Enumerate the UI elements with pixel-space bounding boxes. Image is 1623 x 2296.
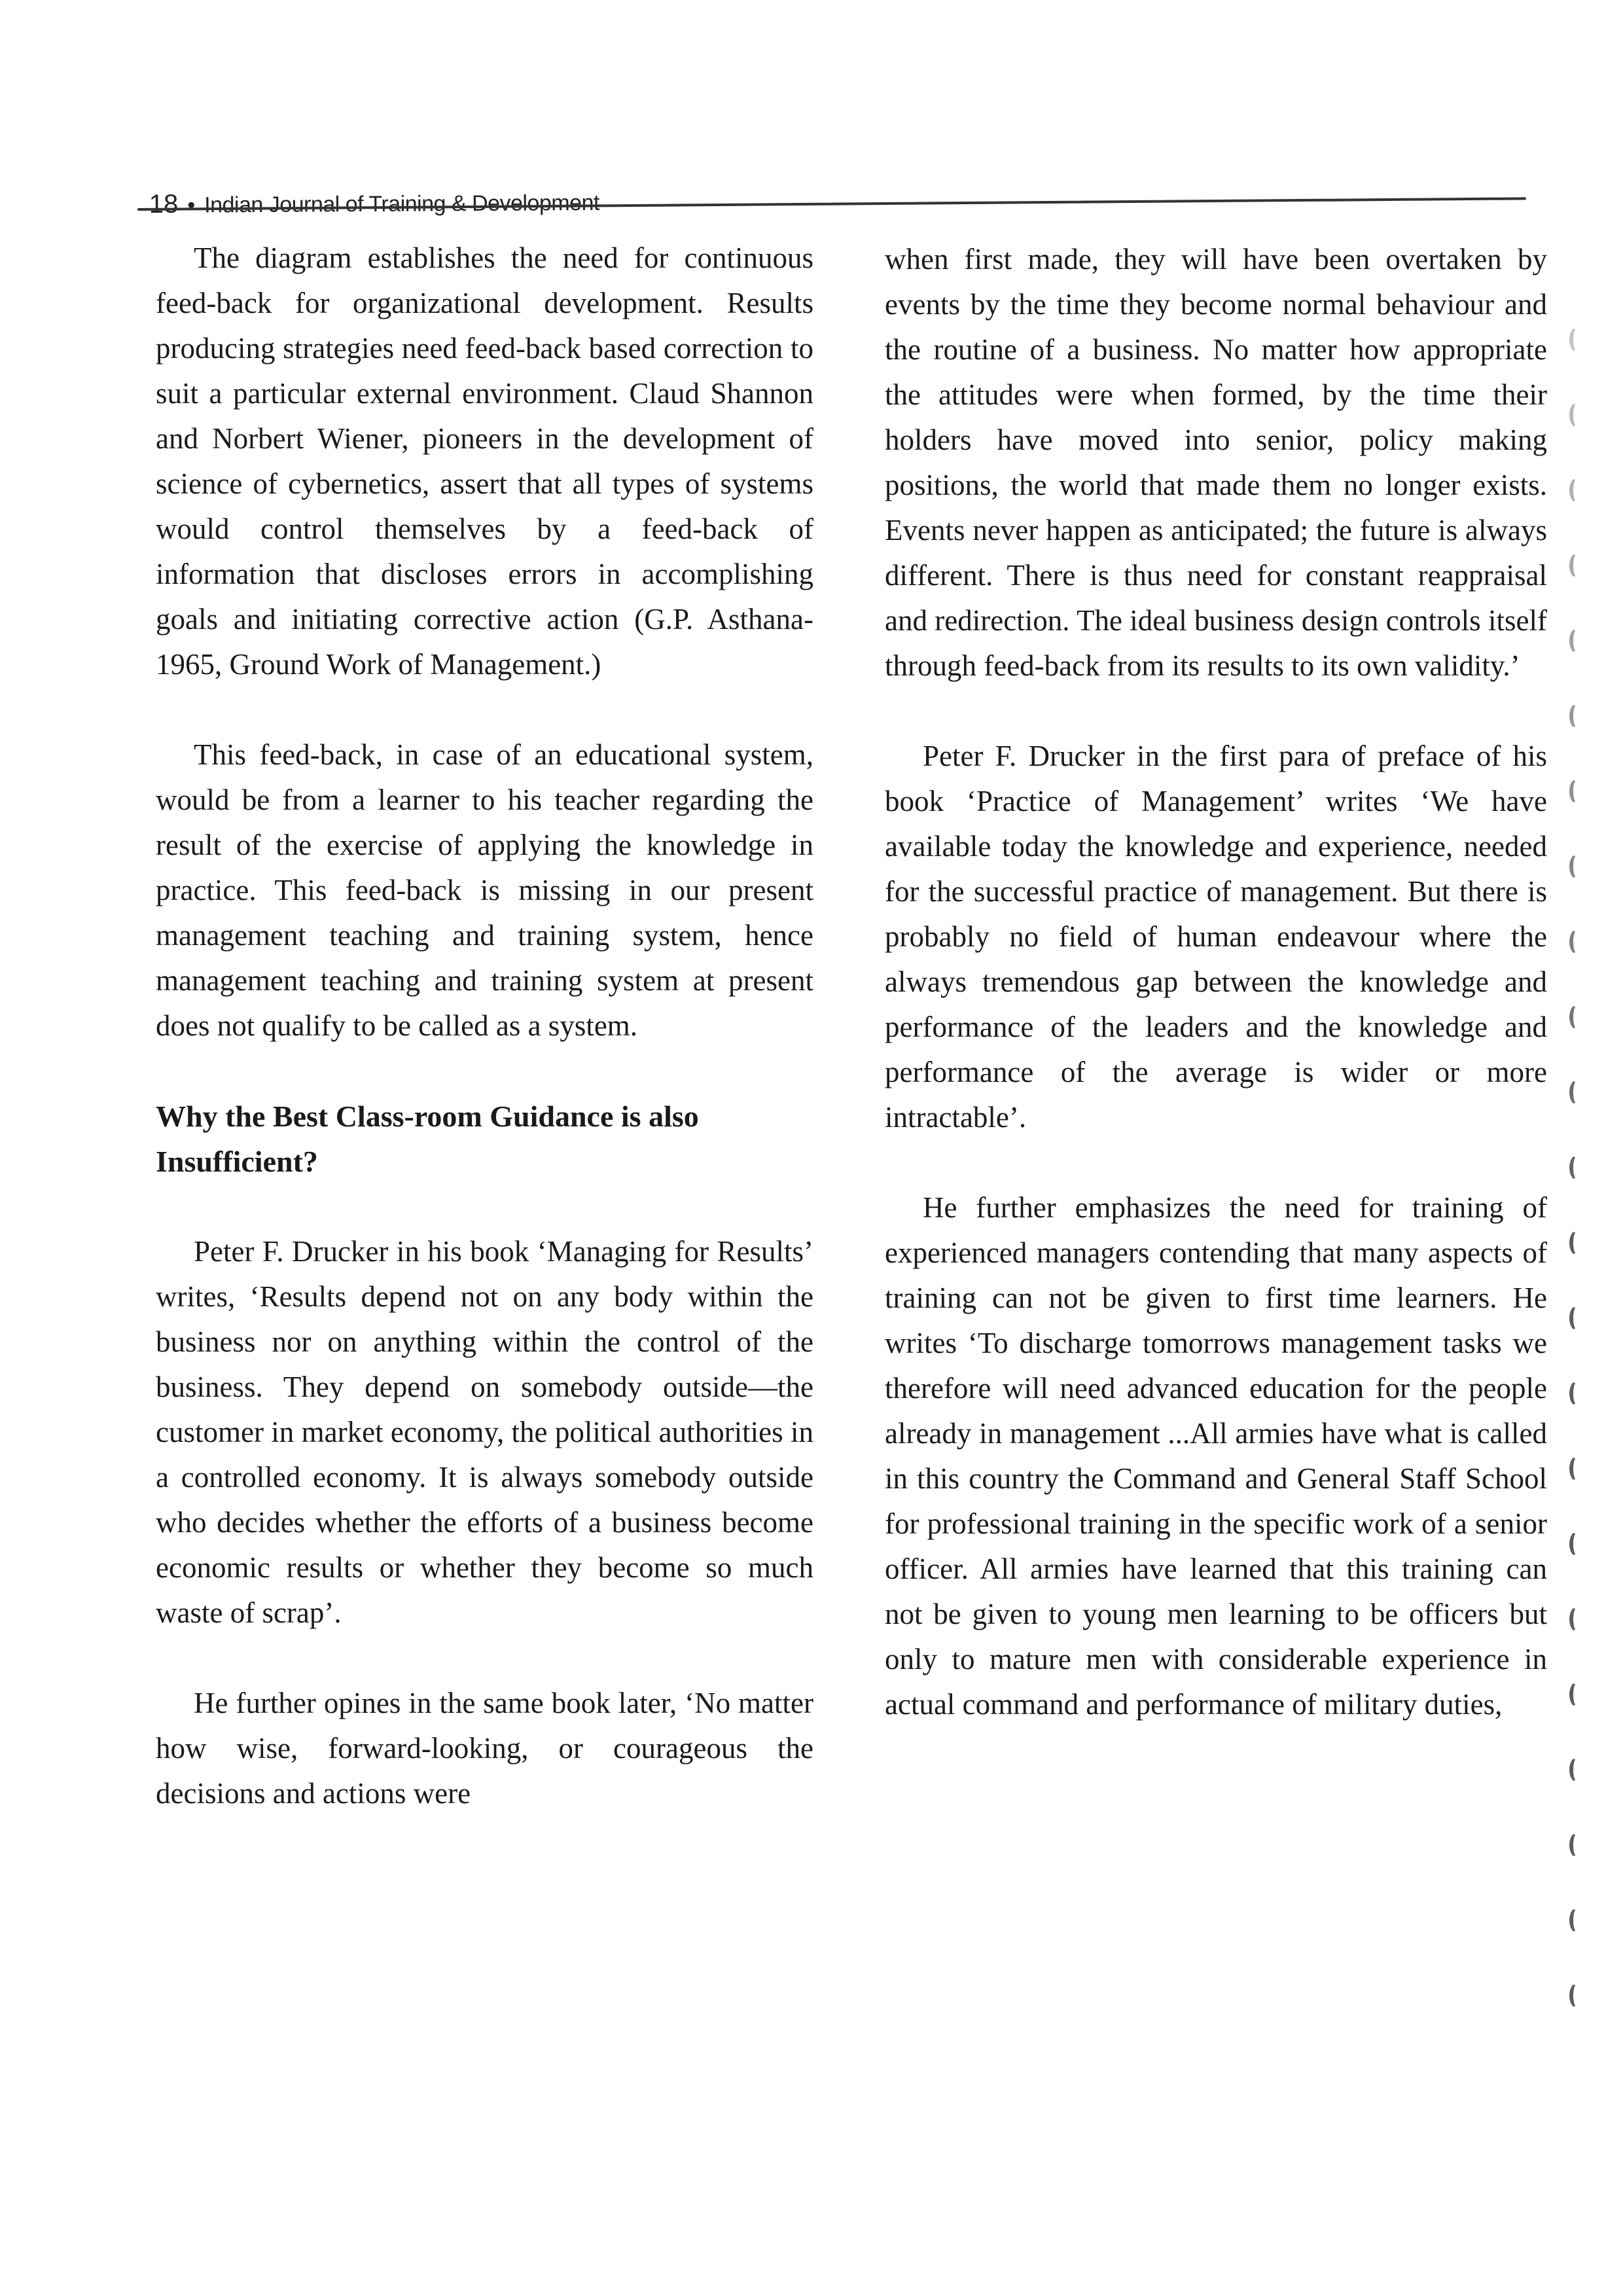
binding-mark-icon (1569, 854, 1584, 879)
binding-mark-icon (1569, 779, 1584, 804)
right-column: when first made, they will have been ove… (885, 237, 1547, 1727)
binding-mark-icon (1569, 478, 1584, 503)
left-column: The diagram establishes the need for con… (156, 236, 813, 1816)
paragraph-drucker-further-opines: He further opines in the same book later… (156, 1681, 813, 1816)
paragraph-educational-feedback: This feed-back, in case of an educationa… (156, 732, 813, 1049)
binding-mark-icon (1569, 1381, 1584, 1406)
binding-mark-icon (1569, 1080, 1584, 1105)
binding-mark-icon (1569, 1757, 1584, 1782)
binding-mark-icon (1569, 1306, 1584, 1331)
bullet-icon: • (187, 193, 195, 219)
binding-mark-icon (1569, 1456, 1584, 1481)
binding-mark-icon (1569, 1005, 1584, 1030)
binding-mark-icon (1569, 1908, 1584, 1933)
binding-mark-icon (1569, 704, 1584, 728)
paragraph-practice-of-management: Peter F. Drucker in the first para of pr… (885, 734, 1547, 1140)
binding-mark-icon (1569, 929, 1584, 954)
binding-mark-icon (1569, 1532, 1584, 1556)
binding-mark-icon (1569, 628, 1584, 653)
page-number: 18 (149, 190, 179, 219)
binding-hole-marks (1569, 327, 1589, 2094)
binding-mark-icon (1569, 1230, 1584, 1255)
binding-mark-icon (1569, 403, 1584, 427)
binding-mark-icon (1569, 327, 1584, 352)
section-heading: Why the Best Class-room Guidance is also… (156, 1094, 813, 1184)
paragraph-drucker-managing-for-results: Peter F. Drucker in his book ‘Managing f… (156, 1229, 813, 1636)
binding-mark-icon (1569, 1682, 1584, 1707)
paragraph-feedback-diagram: The diagram establishes the need for con… (156, 236, 813, 687)
paragraph-training-experienced-managers: He further emphasizes the need for train… (885, 1185, 1547, 1727)
binding-mark-icon (1569, 1155, 1584, 1180)
binding-mark-icon (1569, 1983, 1584, 2008)
journal-title: Indian Journal of Training & Development (204, 190, 599, 219)
binding-mark-icon (1569, 1833, 1584, 1857)
binding-mark-icon (1569, 1607, 1584, 1632)
paragraph-continuation: when first made, they will have been ove… (885, 237, 1547, 689)
binding-mark-icon (1569, 553, 1584, 578)
